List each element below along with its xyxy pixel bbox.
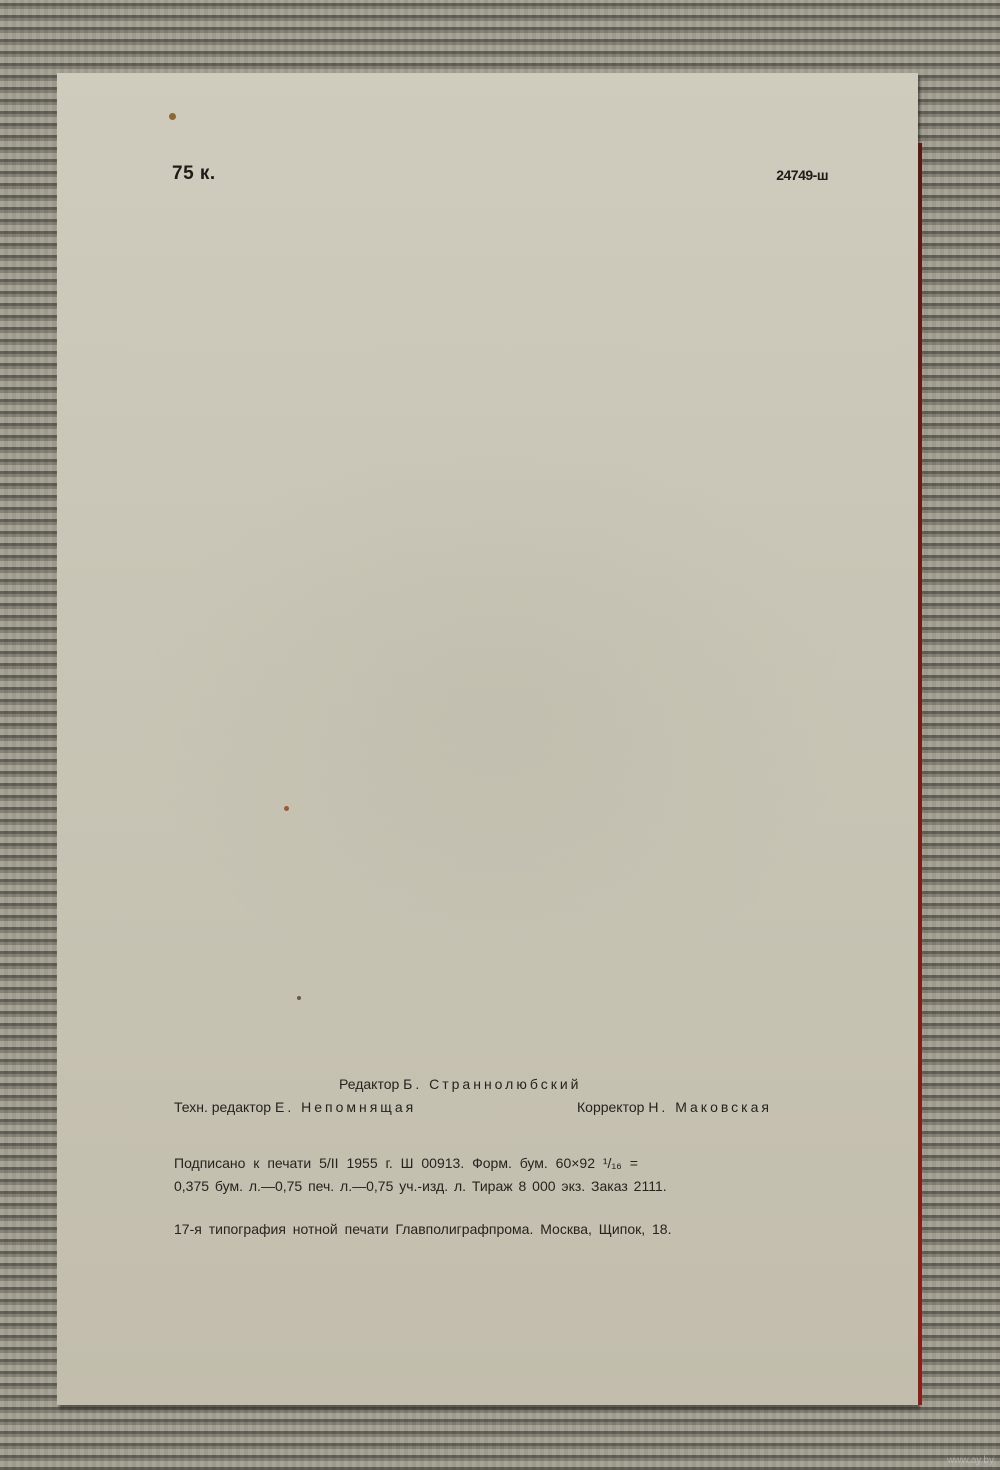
- document-page: 75 к. 24749-ш Редактор Б. Страннолюбский…: [57, 73, 918, 1405]
- price-label: 75 к.: [172, 163, 216, 185]
- print-info-line-1: Подписано к печати 5/II 1955 г. Ш 00913.…: [174, 1155, 638, 1171]
- proofreader-line: Корректор Н. Маковская: [577, 1099, 772, 1115]
- paper-speck: [169, 113, 176, 120]
- printer-line: 17-я типография нотной печати Главполигр…: [174, 1221, 671, 1237]
- tech-editor-line: Техн. редактор Е. Непомнящая: [174, 1099, 416, 1115]
- editor-label: Редактор: [339, 1076, 399, 1092]
- paper-speck: [297, 996, 301, 1000]
- proofreader-name: Н. Маковская: [648, 1099, 772, 1115]
- editor-line: Редактор Б. Страннолюбский: [339, 1076, 581, 1092]
- tech-editor-name: Е. Непомнящая: [275, 1099, 416, 1115]
- paper-speck: [284, 806, 289, 811]
- site-watermark: www.ay.by: [947, 1455, 994, 1466]
- tech-editor-label: Техн. редактор: [174, 1099, 271, 1115]
- catalog-code: 24749-ш: [776, 167, 828, 183]
- red-spine-edge: [918, 143, 922, 1405]
- show-through-shadow: [137, 423, 857, 1003]
- proofreader-label: Корректор: [577, 1099, 644, 1115]
- editor-name: Б. Страннолюбский: [403, 1076, 581, 1092]
- print-info-line-2: 0,375 бум. л.—0,75 печ. л.—0,75 уч.-изд.…: [174, 1178, 667, 1194]
